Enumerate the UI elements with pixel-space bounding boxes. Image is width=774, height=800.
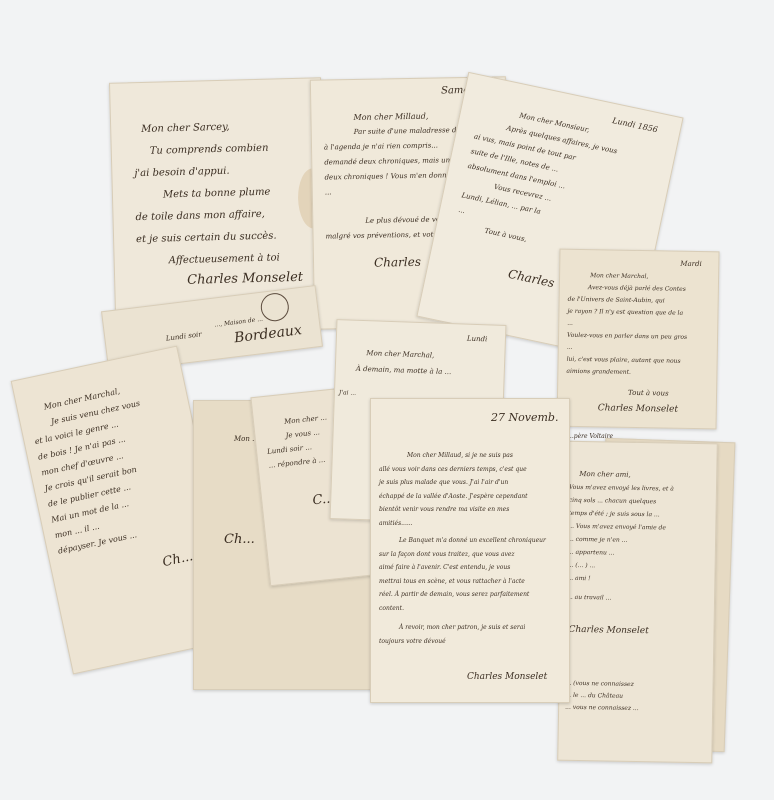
letter-sarcey: Mon cher Sarcey, Tu comprends combien j'… <box>109 77 327 314</box>
signature: Charles Monselet <box>467 669 547 686</box>
signature: Ch... <box>161 548 195 571</box>
letter-text: Mon cher Sarcey, Tu comprends combien j'… <box>141 115 280 272</box>
signature: Charles Monselet <box>568 622 649 640</box>
letter-ami-right: Mon cher ami, Vous m'avez envoyé les liv… <box>557 441 718 764</box>
signature: Charles Monselet <box>187 269 303 289</box>
letter-marchal-mardi: Mardi Mon cher Marchal, Avez-vous déjà p… <box>556 249 719 430</box>
signature: Ch... <box>224 531 255 548</box>
letter-date: Mardi <box>680 256 702 273</box>
letter-footer: J'ai ... <box>339 384 357 402</box>
letter-footer: ... (vous ne connaissez ... le ... du Ch… <box>565 678 639 715</box>
envelope-line: Lundi soir <box>165 326 203 347</box>
letter-text: Mon cher Monsieur, Après quelques affair… <box>454 100 622 262</box>
letter-text: Mon cher Marchal, Je suis venu chez vous… <box>27 380 169 560</box>
letter-text: Mon cher Marchal, Avez-vous déjà parlé d… <box>566 270 688 380</box>
signature: Charles <box>374 254 421 272</box>
letter-text: Mon cher ami, Vous m'avez envoyé les liv… <box>567 468 674 606</box>
letter-text: Mon cher Marchal, À demain, ma motte à l… <box>356 345 453 380</box>
letter-text: Mon cher ... Je vous ... Lundi soir ... … <box>264 410 332 472</box>
letter-date: 27 Novemb. <box>491 409 558 426</box>
postmark-stamp <box>259 292 290 323</box>
letter-text: Mon cher Millaud, si je ne suis pas allé… <box>379 449 546 648</box>
letter-closing: Tout à vous <box>628 385 669 403</box>
signature: Charles Monselet <box>598 400 679 418</box>
letter-millaud-27-novembre: 27 Novemb. Mon cher Millaud, si je ne su… <box>370 398 570 703</box>
letter-date: Lundi <box>467 331 488 349</box>
signature: Charles <box>506 266 555 292</box>
